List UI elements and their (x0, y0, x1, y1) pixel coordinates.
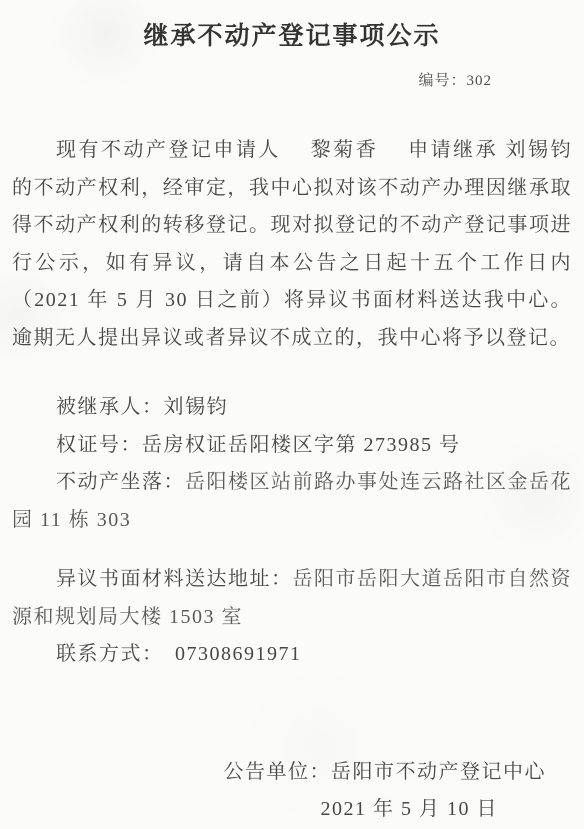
contact-value: 07308691971 (154, 643, 302, 665)
contact-row-address: 异议书面材料送达地址：岳阳市岳阳大道岳阳市自然资源和规划局大楼 1503 室 (12, 561, 572, 636)
issuer-line: 公告单位：岳阳市不动产登记中心 (12, 754, 572, 792)
contact-row-phone: 联系方式： 07308691971 (12, 636, 572, 674)
date-line: 2021 年 5 月 10 日 (12, 791, 572, 829)
contact-section: 异议书面材料送达地址：岳阳市岳阳大道岳阳市自然资源和规划局大楼 1503 室 联… (12, 561, 572, 674)
detail-row-location: 不动产坐落：岳阳楼区站前路办事处连云路社区金岳花园 11 栋 303 (12, 464, 572, 539)
detail-label: 被继承人： (56, 396, 164, 418)
contact-label: 异议书面材料送达地址： (56, 568, 293, 590)
detail-label: 不动产坐落： (56, 471, 185, 493)
details-section: 被继承人：刘锡钧 权证号：岳房权证岳阳楼区字第 273985 号 不动产坐落：岳… (12, 389, 572, 539)
issuer-label: 公告单位： (224, 761, 332, 783)
detail-value: 岳房权证岳阳楼区字第 273985 号 (142, 434, 461, 456)
detail-value: 刘锡钧 (164, 396, 229, 418)
page-body: 继承不动产登记事项公示 编号：302 现有不动产登记申请人 黎菊香 申请继承 刘… (0, 0, 584, 829)
detail-label: 权证号： (56, 434, 142, 456)
contact-label: 联系方式： (56, 643, 154, 665)
issuer-name: 岳阳市不动产登记中心 (331, 761, 546, 783)
footer-section: 公告单位：岳阳市不动产登记中心 2021 年 5 月 10 日 (12, 754, 572, 829)
scanned-notice-page: 继承不动产登记事项公示 编号：302 现有不动产登记申请人 黎菊香 申请继承 刘… (0, 0, 584, 829)
detail-row-heir: 被继承人：刘锡钧 (12, 389, 572, 427)
detail-row-certificate: 权证号：岳房权证岳阳楼区字第 273985 号 (12, 427, 572, 465)
body-paragraph: 现有不动产登记申请人 黎菊香 申请继承 刘锡钧 的不动产权利，经审定，我中心拟对… (12, 132, 572, 357)
page-title: 继承不动产登记事项公示 (12, 0, 572, 54)
doc-number: 编号：302 (12, 70, 572, 92)
